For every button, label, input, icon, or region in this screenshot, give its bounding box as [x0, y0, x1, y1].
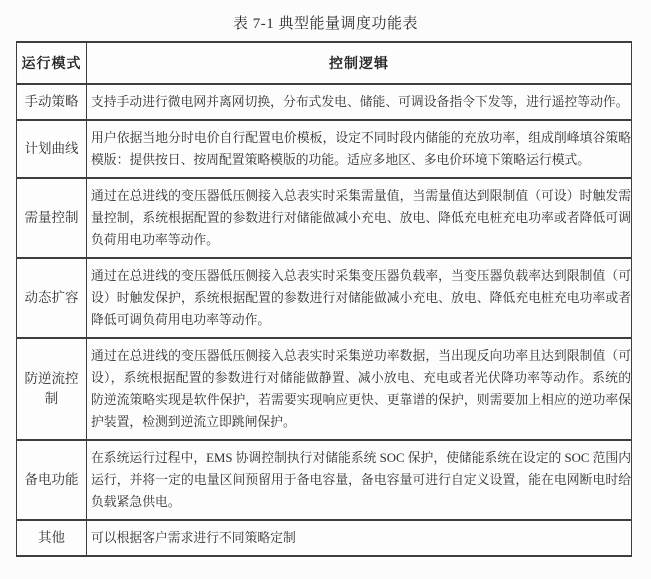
logic-cell: 通过在总进线的变压器低压侧接入总表实时采集变压器负载率，当变压器负载率达到限制值… [87, 258, 632, 338]
table-body: 手动策略 支持手动进行微电网并离网切换，分布式发电、储能、可调设备指令下发等，进… [17, 84, 632, 556]
mode-cell: 计划曲线 [17, 120, 87, 178]
logic-cell: 支持手动进行微电网并离网切换，分布式发电、储能、可调设备指令下发等，进行遥控等动… [87, 84, 632, 120]
logic-cell: 用户依据当地分时电价自行配置电价模板，设定不同时段内储能的充放功率，组成削峰填谷… [87, 120, 632, 178]
table-row: 需量控制 通过在总进线的变压器低压侧接入总表实时采集需量值，当需量值达到限制值（… [17, 178, 632, 258]
mode-cell: 手动策略 [17, 84, 87, 120]
table-row: 计划曲线 用户依据当地分时电价自行配置电价模板，设定不同时段内储能的充放功率，组… [17, 120, 632, 178]
table-header: 运行模式 控制逻辑 [17, 42, 632, 84]
table-caption: 表 7-1 典型能量调度功能表 [0, 0, 651, 41]
mode-cell: 需量控制 [17, 178, 87, 258]
mode-cell: 备电功能 [17, 440, 87, 520]
table-row: 手动策略 支持手动进行微电网并离网切换，分布式发电、储能、可调设备指令下发等，进… [17, 84, 632, 120]
logic-cell: 可以根据客户需求进行不同策略定制 [87, 520, 632, 556]
mode-cell: 其他 [17, 520, 87, 556]
table-row: 备电功能 在系统运行过程中，EMS 协调控制执行对储能系统 SOC 保护，使储能… [17, 440, 632, 520]
table-row: 其他 可以根据客户需求进行不同策略定制 [17, 520, 632, 556]
table-row: 动态扩容 通过在总进线的变压器低压侧接入总表实时采集变压器负载率，当变压器负载率… [17, 258, 632, 338]
energy-dispatch-table: 运行模式 控制逻辑 手动策略 支持手动进行微电网并离网切换，分布式发电、储能、可… [16, 41, 632, 557]
logic-cell: 通过在总进线的变压器低压侧接入总表实时采集需量值，当需量值达到限制值（可设）时触… [87, 178, 632, 258]
logic-cell: 在系统运行过程中，EMS 协调控制执行对储能系统 SOC 保护，使储能系统在设定… [87, 440, 632, 520]
document-page: 表 7-1 典型能量调度功能表 运行模式 控制逻辑 手动策略 支持手动进行微电网… [0, 0, 651, 579]
table-row: 防逆流控制 通过在总进线的变压器低压侧接入总表实时采集逆功率数据，当出现反向功率… [17, 338, 632, 440]
mode-cell: 防逆流控制 [17, 338, 87, 440]
col-header-operating-mode: 运行模式 [17, 42, 87, 84]
logic-cell: 通过在总进线的变压器低压侧接入总表实时采集逆功率数据，当出现反向功率且达到限制值… [87, 338, 632, 440]
header-row: 运行模式 控制逻辑 [17, 42, 632, 84]
col-header-control-logic: 控制逻辑 [87, 42, 632, 84]
mode-cell: 动态扩容 [17, 258, 87, 338]
